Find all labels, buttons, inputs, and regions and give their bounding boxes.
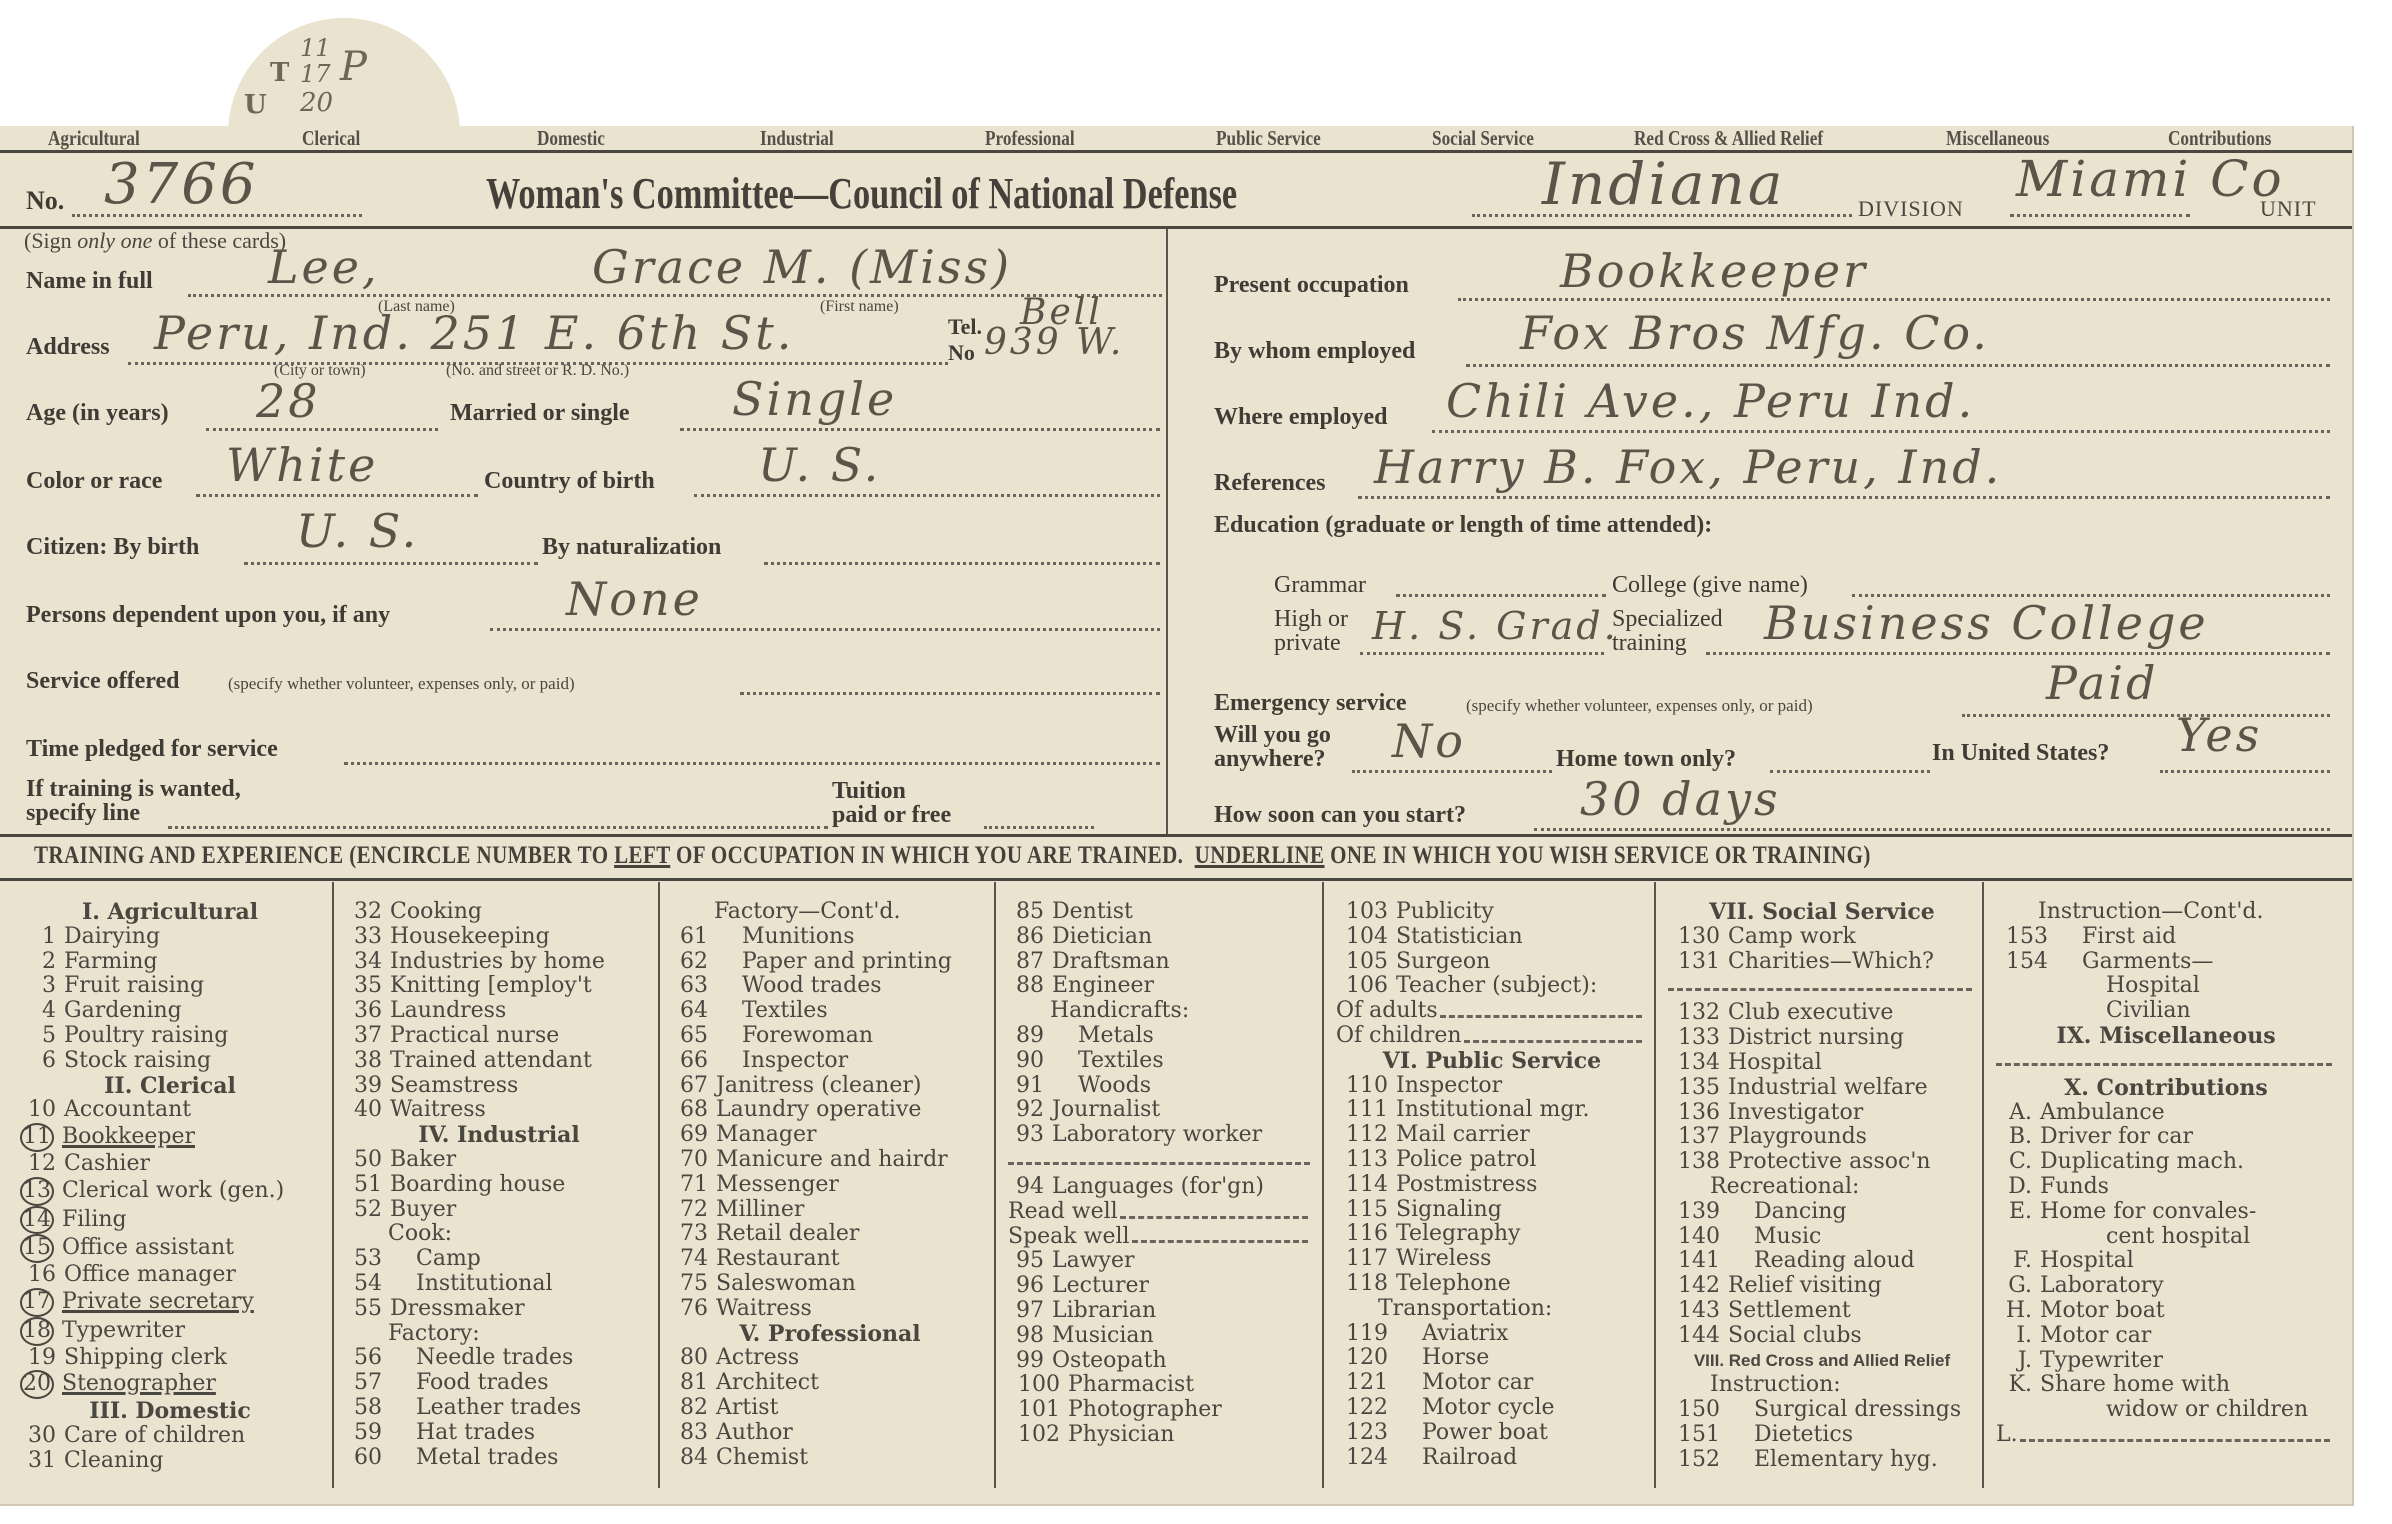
divider-under-tabs [0, 150, 2352, 153]
subheading: Cook: [346, 1222, 652, 1247]
occupation-label: Dietetics [1754, 1422, 1853, 1447]
occupation-number: 102 [1008, 1423, 1060, 1448]
occupation-item[interactable]: 73Retail dealer [672, 1222, 988, 1247]
occupation-item[interactable]: 100Pharmacist [1008, 1373, 1314, 1398]
division-label: DIVISION [1858, 196, 1964, 222]
emergency-service-value: Paid [2046, 656, 2158, 710]
occupation-item[interactable]: 14Filing [20, 1206, 320, 1235]
occupation-number: 30 [20, 1424, 56, 1449]
where-employed-field[interactable] [1432, 430, 2330, 433]
occupation-item[interactable]: 5Poultry raising [20, 1024, 320, 1049]
occupation-number: C. [1996, 1150, 2032, 1175]
occupation-number: 85 [1008, 900, 1044, 925]
occupation-item[interactable]: 39Seamstress [346, 1074, 652, 1099]
column-divider-6 [1982, 882, 1984, 1488]
occupation-item[interactable]: 1Dairying [20, 925, 320, 950]
occupation-number: 1 [20, 925, 56, 950]
occupation-item[interactable]: 13Clerical work (gen.) [20, 1177, 320, 1206]
occupation-item[interactable]: 11Bookkeeper [20, 1123, 320, 1152]
occupation-number: 150 [1668, 1398, 1720, 1423]
occupation-item[interactable]: 12Cashier [20, 1152, 320, 1177]
occupation-number: 34 [346, 950, 382, 975]
occupation-item[interactable]: 32Cooking [346, 900, 652, 925]
emergency-service-field[interactable] [1962, 714, 2330, 717]
occupation-item[interactable]: 81Architect [672, 1371, 988, 1396]
occupation-item[interactable]: 60Metal trades [346, 1446, 652, 1471]
occupation-label: Janitress (cleaner) [716, 1073, 921, 1098]
occupation-item[interactable]: 132Club executive [1668, 1001, 1976, 1026]
occupation-item[interactable]: 105Surgeon [1336, 950, 1648, 975]
occupation-item[interactable]: 66Inspector [672, 1049, 988, 1074]
occupation-number: 36 [346, 999, 382, 1024]
occupation-item[interactable]: 144Social clubs [1668, 1324, 1976, 1349]
occupation-item[interactable]: 153First aid [1996, 925, 2336, 950]
occupation-item[interactable]: 102Physician [1008, 1423, 1314, 1448]
occupation-item[interactable]: 63Wood trades [672, 974, 988, 999]
occupation-number: 97 [1008, 1299, 1044, 1324]
occupation-item[interactable]: 136Investigator [1668, 1101, 1976, 1126]
divider-below-training [0, 878, 2352, 881]
occupation-item[interactable]: 17Private secretary [20, 1288, 320, 1317]
occupation-item[interactable]: 2Farming [20, 950, 320, 975]
occupation-label: Cleaning [64, 1448, 163, 1473]
division-value: Indiana [1542, 150, 1785, 218]
occupation-label: Musician [1052, 1323, 1154, 1348]
occupation-label: Signaling [1396, 1197, 1502, 1222]
anywhere-label-1: Will you go [1214, 722, 1331, 749]
occupation-item[interactable]: 34Industries by home [346, 950, 652, 975]
category-social-service: Social Service [1432, 126, 1534, 151]
occupation-number: 124 [1336, 1446, 1388, 1471]
fill-in-field[interactable] [1132, 1225, 1308, 1244]
occupation-item[interactable]: B.Driver for car [1996, 1125, 2336, 1150]
occupation-item[interactable]: 38Trained attendant [346, 1049, 652, 1074]
occupation-item[interactable]: 92Journalist [1008, 1098, 1314, 1123]
tab-note-t: T [270, 58, 289, 88]
fill-in-field[interactable] [2020, 1423, 2330, 1442]
college-label: College (give name) [1612, 572, 1808, 599]
occupation-item[interactable]: 121Motor car [1336, 1371, 1648, 1396]
country-field[interactable] [694, 494, 1160, 497]
occupation-item[interactable]: 74Restaurant [672, 1247, 988, 1272]
occupation-field[interactable] [1458, 298, 2330, 301]
occupation-number: 133 [1668, 1026, 1720, 1051]
occupation-item[interactable]: 70Manicure and hairdr [672, 1148, 988, 1173]
hometown-field[interactable] [1770, 770, 1930, 773]
occupation-item[interactable]: J.Typewriter [1996, 1349, 2336, 1374]
occupation-number: 91 [1008, 1074, 1044, 1099]
specify-line-label: specify line [26, 800, 140, 827]
citizen-birth-value: U. S. [296, 504, 419, 558]
occupation-item[interactable]: 99Osteopath [1008, 1349, 1314, 1374]
occupation-number: 58 [346, 1396, 382, 1421]
occupation-number: 105 [1336, 950, 1388, 975]
occupation-item[interactable]: 58Leather trades [346, 1396, 652, 1421]
occupation-item[interactable]: 18Typewriter [20, 1317, 320, 1346]
occupation-item[interactable]: 50Baker [346, 1148, 652, 1173]
occupation-item[interactable]: 130Camp work [1668, 925, 1976, 950]
occupation-item[interactable]: I.Motor car [1996, 1324, 2336, 1349]
occupation-item[interactable]: 69Manager [672, 1123, 988, 1148]
occupation-label: Artist [716, 1395, 778, 1420]
occupation-label: Charities—Which? [1728, 949, 1934, 974]
occupation-item[interactable]: 54Institutional [346, 1272, 652, 1297]
occupation-item[interactable]: E.Home for convales- [1996, 1200, 2336, 1225]
occupation-number: 135 [1668, 1076, 1720, 1101]
street-caption: (No. and street or R. D. No.) [446, 362, 629, 380]
occupation-number: 65 [672, 1024, 708, 1049]
occupation-item[interactable]: 4Gardening [20, 999, 320, 1024]
occupation-number: 64 [672, 999, 708, 1024]
occupation-item[interactable]: 76Waitress [672, 1297, 988, 1322]
occupation-number: 51 [346, 1173, 382, 1198]
occupation-number: 4 [20, 999, 56, 1024]
occupation-item[interactable]: 64Textiles [672, 999, 988, 1024]
color-race-field[interactable] [196, 494, 478, 497]
occupation-number: 57 [346, 1371, 382, 1396]
occupation-number: J. [1996, 1349, 2032, 1374]
occupation-number: 61 [672, 925, 708, 950]
occupation-item[interactable]: 104Statistician [1336, 925, 1648, 950]
occupation-label: Messenger [716, 1172, 839, 1197]
occupation-label: Librarian [1052, 1298, 1156, 1323]
married-field[interactable] [680, 428, 1160, 431]
occupation-label: Forewoman [742, 1023, 873, 1048]
occupation-item[interactable]: 95Lawyer [1008, 1249, 1314, 1274]
tab-note-date-bot: 20 [300, 88, 333, 118]
fill-in-line: Read well [1008, 1200, 1314, 1225]
unit-line [2010, 214, 2190, 217]
occupation-number: 81 [672, 1371, 708, 1396]
occupation-number: 99 [1008, 1349, 1044, 1374]
occupation-item[interactable]: 62Paper and printing [672, 950, 988, 975]
occupation-number: 120 [1336, 1346, 1388, 1371]
occupation-label: Actress [716, 1345, 799, 1370]
occupation-item[interactable]: G.Laboratory [1996, 1274, 2336, 1299]
tuition-paid-free-label: paid or free [832, 802, 951, 829]
subheading: cent hospital [1996, 1225, 2336, 1250]
fill-in-line: Of children [1336, 1024, 1648, 1049]
occupation-item[interactable]: 83Author [672, 1421, 988, 1446]
citizen-birth-field[interactable] [244, 562, 538, 565]
occupation-label: Music [1754, 1224, 1821, 1249]
us-field[interactable] [2160, 770, 2330, 773]
subheading: Instruction—Cont'd. [1996, 900, 2336, 925]
occupation-item[interactable]: 67Janitress (cleaner) [672, 1074, 988, 1099]
fill-in-field[interactable] [1464, 1024, 1642, 1043]
occupation-label: Cashier [64, 1151, 150, 1176]
naturalization-field[interactable] [764, 562, 1160, 565]
occupation-item[interactable]: 93Laboratory worker [1008, 1123, 1314, 1148]
occupation-item[interactable]: 85Dentist [1008, 900, 1314, 925]
occupation-item[interactable]: 33Housekeeping [346, 925, 652, 950]
occupation-item[interactable]: 91Woods [1008, 1074, 1314, 1099]
occupation-number: 154 [1996, 950, 2048, 975]
occupation-item[interactable]: 113Police patrol [1336, 1148, 1648, 1173]
occupation-label: Power boat [1422, 1420, 1548, 1445]
occupation-item[interactable]: 57Food trades [346, 1371, 652, 1396]
tuition-field[interactable] [984, 826, 1094, 829]
occupation-label: Typewriter [62, 1318, 185, 1343]
occupation-label: Home for convales- [2040, 1199, 2256, 1224]
occupation-number: 74 [672, 1247, 708, 1272]
high-school-field[interactable] [1360, 652, 1604, 655]
occupation-item[interactable]: F.Hospital [1996, 1249, 2336, 1274]
occupation-label: Lawyer [1052, 1248, 1135, 1273]
age-field[interactable] [206, 428, 438, 431]
occupation-item[interactable]: 40Waitress [346, 1098, 652, 1123]
tel-label: Tel. [948, 314, 982, 340]
occupation-item[interactable]: 88Engineer [1008, 974, 1314, 999]
occupation-label: Office manager [64, 1262, 236, 1287]
occupation-item[interactable]: 124Railroad [1336, 1446, 1648, 1471]
occupation-item[interactable]: K.Share home with [1996, 1373, 2336, 1398]
occupation-number: 62 [672, 950, 708, 975]
occupation-label-underlined: Bookkeeper [62, 1124, 195, 1149]
address-label: Address [26, 334, 110, 361]
occupation-item[interactable]: D.Funds [1996, 1175, 2336, 1200]
occupation-label: Chemist [716, 1445, 808, 1470]
occupation-item[interactable]: 137Playgrounds [1668, 1125, 1976, 1150]
specialized-training-field[interactable] [1706, 652, 2330, 655]
occupation-item[interactable]: 20Stenographer [20, 1370, 320, 1399]
section-heading: VI. Public Service [1336, 1049, 1648, 1074]
occupation-item[interactable]: 122Motor cycle [1336, 1396, 1648, 1421]
occupation-item[interactable]: 37Practical nurse [346, 1024, 652, 1049]
occupation-label: Surgical dressings [1754, 1397, 1961, 1422]
occupation-item[interactable]: 133District nursing [1668, 1026, 1976, 1051]
occupation-column-1: I. Agricultural1Dairying2Farming3Fruit r… [20, 900, 320, 1474]
occupation-item[interactable]: 98Musician [1008, 1324, 1314, 1349]
occupation-label: Housekeeping [390, 924, 550, 949]
occupation-number: 142 [1668, 1274, 1720, 1299]
start-field[interactable] [1534, 828, 2330, 831]
occupation-item[interactable]: 117Wireless [1336, 1247, 1648, 1272]
occupation-label: Industries by home [390, 949, 605, 974]
occupation-item[interactable]: 61Munitions [672, 925, 988, 950]
occupation-number: 104 [1336, 925, 1388, 950]
occupation-item[interactable]: 138Protective assoc'n [1668, 1150, 1976, 1175]
occupation-item[interactable]: 6Stock raising [20, 1049, 320, 1074]
training-line-field[interactable] [168, 826, 828, 829]
occupation-label: Dietician [1052, 924, 1152, 949]
references-label: References [1214, 470, 1326, 497]
occupation-item[interactable]: 30Care of children [20, 1424, 320, 1449]
occupation-item[interactable]: 111Institutional mgr. [1336, 1098, 1648, 1123]
service-offered-field[interactable] [740, 692, 1160, 695]
occupation-label: Retail dealer [716, 1221, 859, 1246]
employer-label: By whom employed [1214, 338, 1415, 365]
occupation-item[interactable]: 94Languages (for'gn) [1008, 1175, 1314, 1200]
occupation-label: Motor car [2040, 1323, 2151, 1348]
occupation-item[interactable]: 19Shipping clerk [20, 1346, 320, 1371]
form-title: Woman's Committee—Council of National De… [486, 168, 1237, 219]
occupation-item[interactable]: 139Dancing [1668, 1200, 1976, 1225]
occupation-label: Inspector [742, 1048, 848, 1073]
occupation-item[interactable]: 135Industrial welfare [1668, 1076, 1976, 1101]
subheading: Instruction: [1668, 1373, 1976, 1398]
references-field[interactable] [1358, 496, 2330, 499]
occupation-number: 112 [1336, 1123, 1388, 1148]
occupation-item[interactable]: 114Postmistress [1336, 1173, 1648, 1198]
occupation-item[interactable]: 56Needle trades [346, 1346, 652, 1371]
occupation-label: Ambulance [2040, 1100, 2165, 1125]
occupation-label: Laboratory [2040, 1273, 2164, 1298]
occupation-item[interactable]: C.Duplicating mach. [1996, 1150, 2336, 1175]
first-name-caption: (First name) [820, 298, 899, 316]
occupation-item[interactable]: 150Surgical dressings [1668, 1398, 1976, 1423]
occupation-item[interactable]: 97Librarian [1008, 1299, 1314, 1324]
column-divider-1 [332, 882, 334, 1488]
occupation-item[interactable]: A.Ambulance [1996, 1101, 2336, 1126]
occupation-label: Baker [390, 1147, 456, 1172]
occupation-item[interactable]: 90Textiles [1008, 1049, 1314, 1074]
occupation-item[interactable]: 16Office manager [20, 1263, 320, 1288]
occupation-item[interactable]: 51Boarding house [346, 1173, 652, 1198]
occupation-item[interactable]: 101Photographer [1008, 1398, 1314, 1423]
occupation-number: 32 [346, 900, 382, 925]
occupation-label: Waitress [390, 1097, 486, 1122]
age-value: 28 [256, 374, 321, 428]
occupation-item[interactable]: 10Accountant [20, 1098, 320, 1123]
service-offered-note: (specify whether volunteer, expenses onl… [228, 674, 575, 694]
occupation-label: Engineer [1052, 973, 1154, 998]
training-label: training [1612, 630, 1687, 657]
occupation-item[interactable]: 65Forewoman [672, 1024, 988, 1049]
occupation-item[interactable]: 96Lecturer [1008, 1274, 1314, 1299]
occupation-number: 95 [1008, 1249, 1044, 1274]
section-heading: IX. Miscellaneous [1996, 1024, 2336, 1049]
occupation-item[interactable]: 112Mail carrier [1336, 1123, 1648, 1148]
category-tab-row: Agricultural Clerical Domestic Industria… [0, 126, 2352, 152]
occupation-item[interactable]: 86Dietician [1008, 925, 1314, 950]
occupation-item[interactable]: 89Metals [1008, 1024, 1314, 1049]
occupation-item[interactable]: 110Inspector [1336, 1074, 1648, 1099]
occupation-item[interactable]: 82Artist [672, 1396, 988, 1421]
occupation-label: Surgeon [1396, 949, 1490, 974]
occupation-item[interactable]: 134Hospital [1668, 1051, 1976, 1076]
occupation-number: 63 [672, 974, 708, 999]
column-divider-2 [658, 882, 660, 1488]
number-label: No. [26, 186, 64, 216]
occupation-label: Inspector [1396, 1073, 1502, 1098]
occupation-number: 33 [346, 925, 382, 950]
occupation-item[interactable]: 53Camp [346, 1247, 652, 1272]
occupation-label: Author [716, 1420, 793, 1445]
occupation-item[interactable]: 106Teacher (subject): [1336, 974, 1648, 999]
occupation-item[interactable]: 131Charities—Which? [1668, 950, 1976, 975]
category-miscellaneous: Miscellaneous [1946, 126, 2049, 151]
occupation-item[interactable]: 154Garments— [1996, 950, 2336, 975]
occupation-item[interactable]: 116Telegraphy [1336, 1222, 1648, 1247]
grammar-field[interactable] [1396, 594, 1606, 597]
occupation-item[interactable]: 87Draftsman [1008, 950, 1314, 975]
country-label: Country of birth [484, 468, 655, 495]
occupation-number: H. [1996, 1299, 2032, 1324]
occupation-label: Driver for car [2040, 1124, 2193, 1149]
occupation-item[interactable]: 80Actress [672, 1346, 988, 1371]
occupation-label: Laboratory worker [1052, 1122, 1262, 1147]
address-value: Peru, Ind. 251 E. 6th St. [154, 306, 794, 360]
occupation-item[interactable]: H.Motor boat [1996, 1299, 2336, 1324]
occupation-number: 110 [1336, 1074, 1388, 1099]
occupation-label: Funds [2040, 1174, 2109, 1199]
occupation-label: Investigator [1728, 1100, 1863, 1125]
occupation-item[interactable]: 15Office assistant [20, 1234, 320, 1263]
occupation-item[interactable]: 52Buyer [346, 1198, 652, 1223]
occupation-item[interactable]: 140Music [1668, 1225, 1976, 1250]
subheading: Civilian [1996, 999, 2336, 1024]
occupation-number: 68 [672, 1098, 708, 1123]
occupation-item[interactable]: 141Reading aloud [1668, 1249, 1976, 1274]
color-race-value: White [226, 438, 378, 492]
fill-in-field[interactable] [1120, 1200, 1308, 1219]
subheading: Factory: [346, 1322, 652, 1347]
occupation-item[interactable]: 119Aviatrix [1336, 1322, 1648, 1347]
anywhere-field[interactable] [1352, 770, 1552, 773]
us-value: Yes [2176, 708, 2262, 762]
occupation-column-7: Instruction—Cont'd.153First aid154Garmen… [1996, 900, 2336, 1448]
occupation-label: Boarding house [390, 1172, 565, 1197]
occupation-label: Typewriter [2040, 1348, 2163, 1373]
occupation-item[interactable]: 35Knitting [employ't [346, 974, 652, 999]
occupation-number: 54 [346, 1272, 382, 1297]
occupation-item[interactable]: 142Relief visiting [1668, 1274, 1976, 1299]
occupation-item[interactable]: 118Telephone [1336, 1272, 1648, 1297]
occupation-item[interactable]: 151Dietetics [1668, 1423, 1976, 1448]
occupation-item[interactable]: 31Cleaning [20, 1449, 320, 1474]
occupation-label: Telephone [1396, 1271, 1511, 1296]
category-public-service: Public Service [1216, 126, 1321, 151]
occupation-item[interactable]: 115Signaling [1336, 1198, 1648, 1223]
occupation-label: Accountant [64, 1097, 191, 1122]
occupation-item[interactable]: 120Horse [1336, 1346, 1648, 1371]
dependents-field[interactable] [490, 628, 1160, 631]
occupation-label: Police patrol [1396, 1147, 1536, 1172]
occupation-item[interactable]: 152Elementary hyg. [1668, 1448, 1976, 1473]
occupation-item[interactable]: 123Power boat [1336, 1421, 1648, 1446]
occupation-label: Club executive [1728, 1000, 1893, 1025]
occupation-item[interactable]: 55Dressmaker [346, 1297, 652, 1322]
occupation-item[interactable]: 75Saleswoman [672, 1272, 988, 1297]
occupation-item[interactable]: 36Laundress [346, 999, 652, 1024]
fill-in-field[interactable] [1440, 999, 1642, 1018]
occupation-label: Textiles [1078, 1048, 1164, 1073]
occupation-item[interactable]: 103Publicity [1336, 900, 1648, 925]
occupation-item[interactable]: 59Hat trades [346, 1421, 652, 1446]
occupation-item[interactable]: 84Chemist [672, 1446, 988, 1471]
occupation-item[interactable]: 143Settlement [1668, 1299, 1976, 1324]
time-pledged-field[interactable] [344, 762, 1160, 765]
occupation-label: Poultry raising [64, 1023, 228, 1048]
occupation-label: Pharmacist [1068, 1372, 1194, 1397]
occupation-item[interactable]: 72Milliner [672, 1198, 988, 1223]
occupation-number: 37 [346, 1024, 382, 1049]
occupation-number: 6 [20, 1049, 56, 1074]
occupation-label: Munitions [742, 924, 854, 949]
name-field[interactable] [188, 294, 1162, 297]
occupation-label: Textiles [742, 998, 828, 1023]
unit-label: UNIT [2260, 196, 2317, 222]
occupation-column-5: 103Publicity104Statistician105Surgeon106… [1336, 900, 1648, 1470]
occupation-number: 88 [1008, 974, 1044, 999]
occupation-item[interactable]: 3Fruit raising [20, 974, 320, 999]
occupation-item[interactable]: 71Messenger [672, 1173, 988, 1198]
employer-field[interactable] [1466, 364, 2330, 367]
occupation-label: Relief visiting [1728, 1273, 1882, 1298]
occupation-item[interactable]: 68Laundry operative [672, 1098, 988, 1123]
occupation-label: Horse [1422, 1345, 1489, 1370]
